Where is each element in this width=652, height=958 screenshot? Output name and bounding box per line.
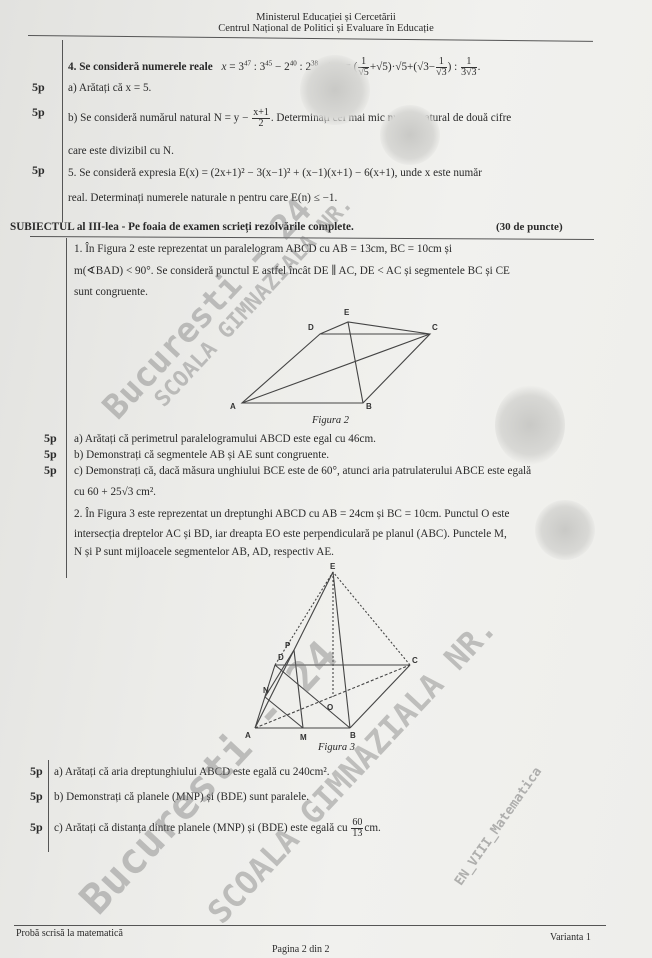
points-4b: 5p (32, 105, 45, 120)
exam-page: Ministerul Educației și Cercetării Centr… (0, 0, 652, 958)
problem-5-line1: 5. Se consideră expresia E(x) = (2x+1)² … (68, 167, 482, 180)
footer-rule (14, 925, 606, 926)
redaction-blur (300, 55, 370, 125)
points-5: 5p (32, 163, 45, 178)
problem-3-2-line1: 2. În Figura 3 este reprezentat un drept… (74, 508, 510, 521)
footer-subject: Probă scrisă la matematică (16, 928, 123, 939)
problem-4-statement: 4. Se consideră numerele reale x = 347 :… (68, 57, 480, 78)
header-rule (28, 35, 593, 42)
watermark-tag: EN_VIII_Matematica (452, 765, 545, 889)
points-3-1c: 5p (44, 463, 57, 478)
label-O: O (327, 703, 333, 712)
problem-3-1a: a) Arătați că perimetrul paralelogramulu… (74, 433, 376, 446)
label-M: M (300, 733, 307, 742)
label-C: C (412, 656, 418, 665)
problem-4b: b) Se consideră numărul natural N = y − … (68, 108, 511, 129)
header-ministry: Ministerul Educației și Cercetării (0, 12, 652, 23)
footer-variant: Varianta 1 (550, 932, 591, 943)
header-center: Centrul Național de Politici și Evaluare… (0, 23, 652, 34)
problem-3-2-line2: intersecția dreptelor AC și BD, iar drea… (74, 528, 507, 541)
redaction-blur (535, 500, 595, 560)
points-3-1b: 5p (44, 447, 57, 462)
redaction-blur (380, 105, 440, 165)
figure-2-caption: Figura 2 (312, 415, 349, 426)
points-column-rule (62, 40, 63, 222)
problem-4a: a) Arătați că x = 5. (68, 82, 151, 95)
points-3-2a: 5p (30, 764, 43, 779)
section-3-points: (30 de puncte) (496, 221, 563, 233)
problem-3-2-line3: N și P sunt mijloacele segmentelor AB, A… (74, 546, 334, 559)
problem-3-1-line3: sunt congruente. (74, 286, 148, 299)
footer-page-number: Pagina 2 din 2 (272, 944, 330, 955)
problem-3-2c: c) Arătați că distanța dintre planele (M… (54, 818, 381, 839)
points-3-1a: 5p (44, 431, 57, 446)
points-3-2b: 5p (30, 789, 43, 804)
points-column-rule-3 (48, 760, 49, 852)
label-P: P (285, 641, 291, 650)
label-C: C (432, 323, 438, 332)
problem-3-1c-line1: c) Demonstrați că, dacă măsura unghiului… (74, 465, 531, 478)
label-B: B (366, 402, 372, 410)
points-column-rule-2 (66, 238, 67, 578)
problem-4b-line2: care este divizibil cu N. (68, 145, 174, 158)
redaction-blur (495, 385, 565, 465)
problem-3-1b: b) Demonstrați că segmentele AB și AE su… (74, 449, 329, 462)
label-A: A (230, 402, 236, 410)
label-E: E (344, 308, 350, 317)
label-D: D (308, 323, 314, 332)
label-E: E (330, 562, 336, 571)
problem-3-1c-line2: cu 60 + 25√3 cm². (74, 486, 156, 499)
points-4a: 5p (32, 80, 45, 95)
points-3-2c: 5p (30, 820, 43, 835)
